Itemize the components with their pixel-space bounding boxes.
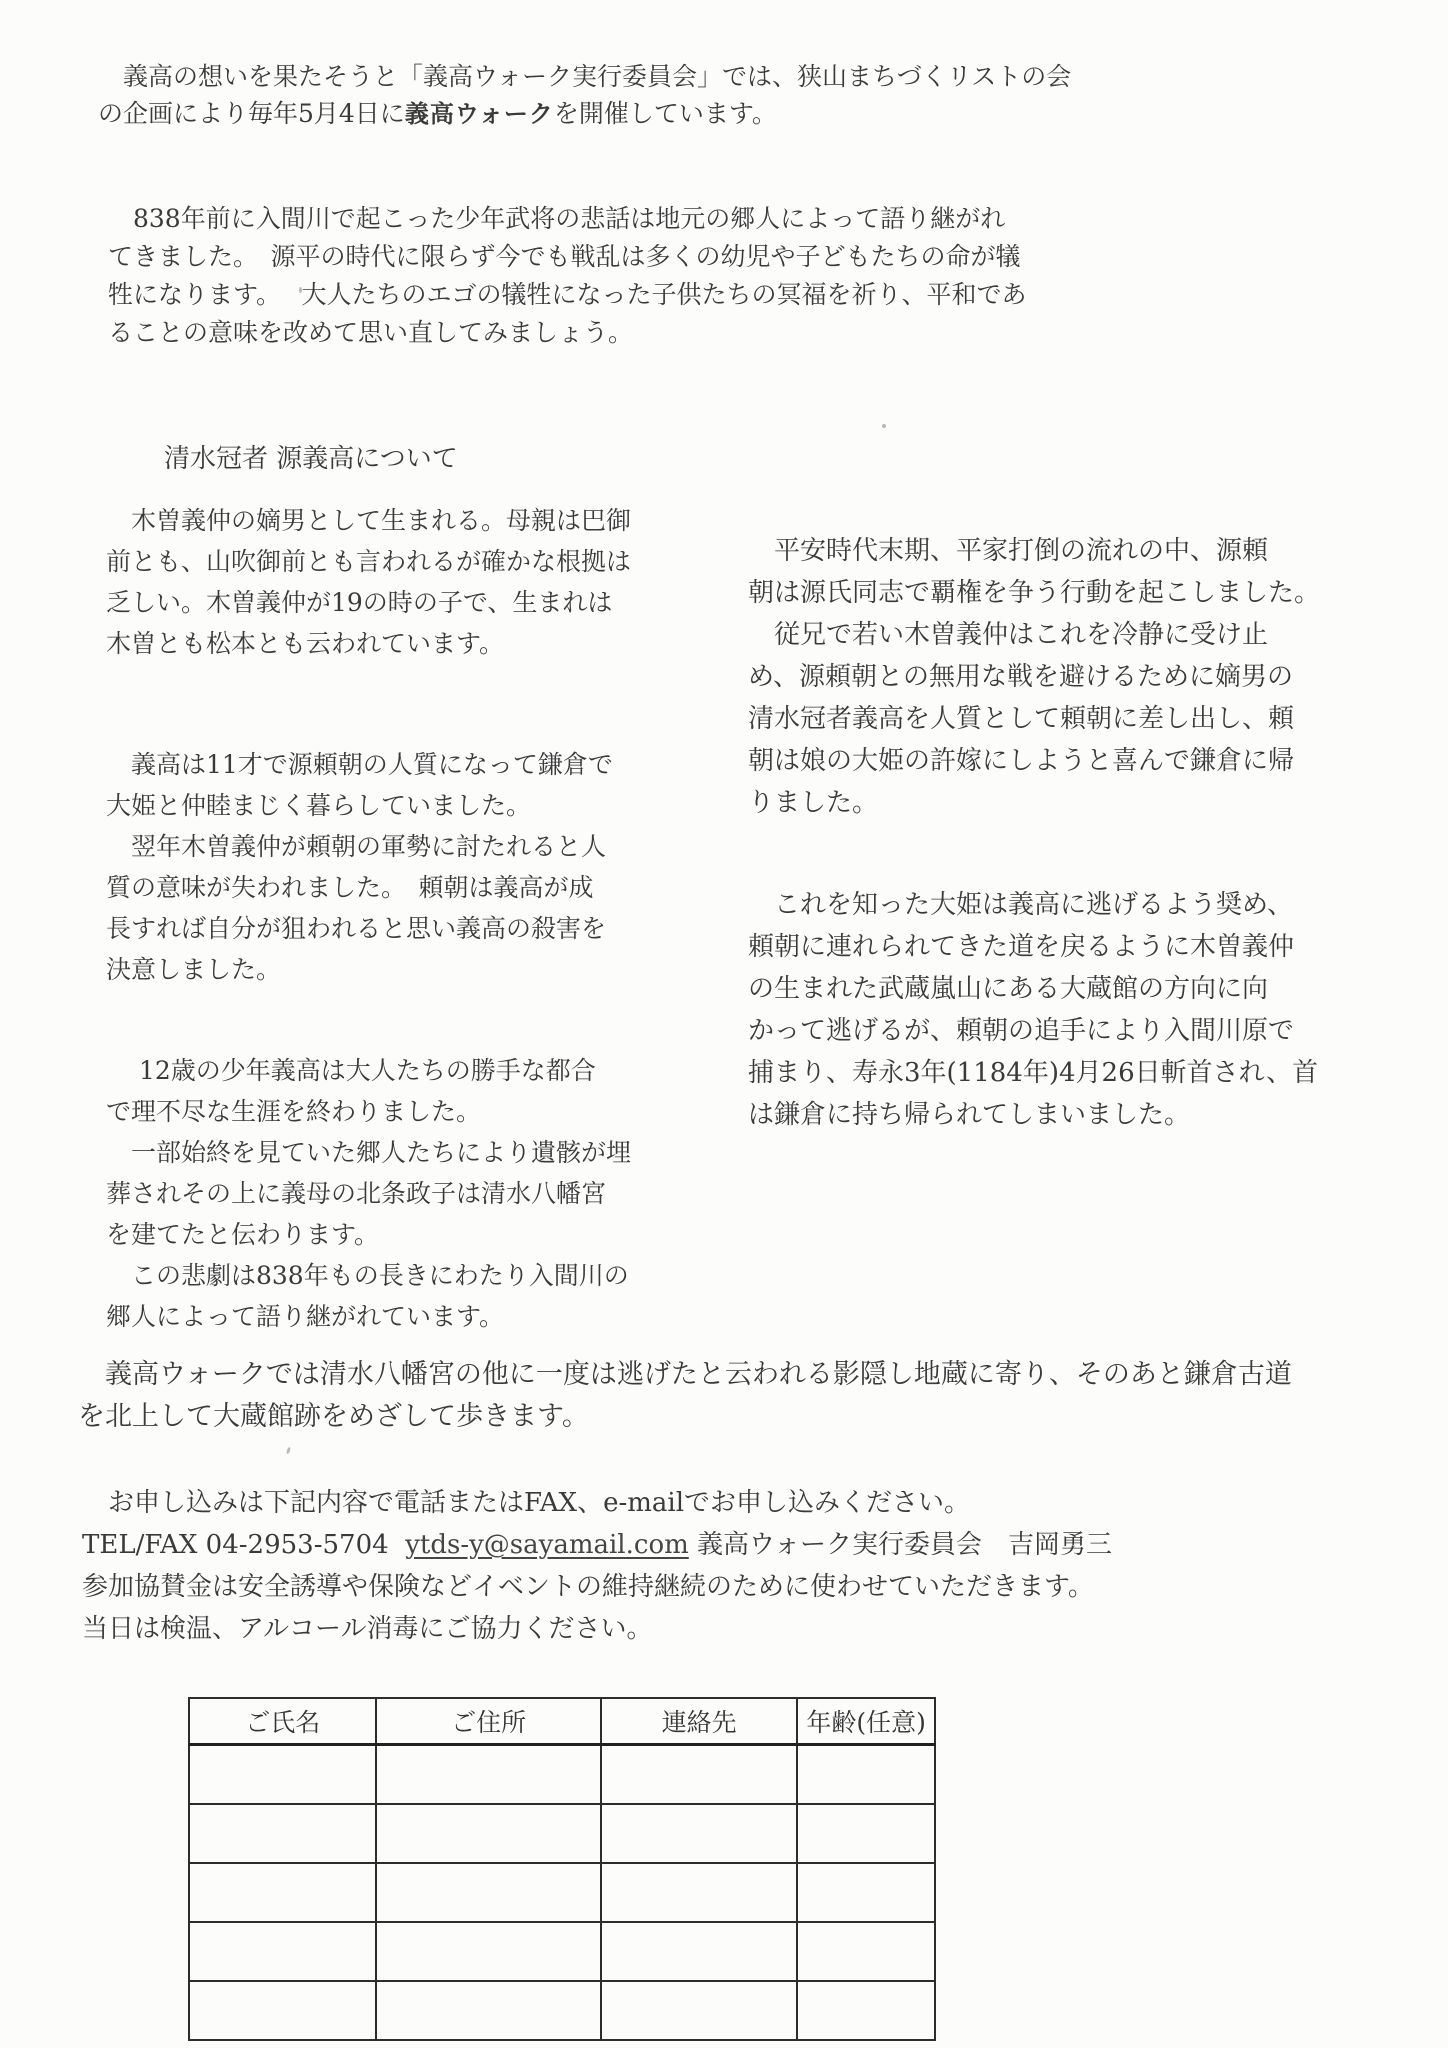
text-line: 12歳の少年義高は大人たちの勝手な都合 — [106, 1050, 681, 1091]
empty-form-cell — [189, 1863, 376, 1922]
empty-form-cell — [189, 1922, 376, 1981]
text-line: 乏しい。木曽義仲が19の時の子で、生まれは — [106, 582, 666, 623]
signup-form-grid: ご氏名 ご住所 連絡先 年齢(任意) — [188, 1697, 936, 2041]
section-heading: 清水冠者 源義高について — [164, 438, 458, 475]
text-line: ることの意味を改めて思い直してみましょう。 — [108, 314, 1068, 352]
text-line: 一部始終を見ていた郷人たちにより遺骸が埋 — [106, 1132, 681, 1173]
intro-paragraph: 義高の想いを果たそうと「義高ウォーク実行委員会」では、狭山まちづくリストの会 の… — [98, 58, 1058, 133]
text-line: め、源頼朝との無用な戦を避けるために嫡男の — [748, 656, 1368, 698]
table-row — [189, 1804, 935, 1863]
event-name-bold: 義高ウォーク — [405, 100, 554, 128]
text-line: 838年前に入間川で起こった少年武将の悲話は地元の郷人によって語り継がれ — [108, 200, 1068, 238]
empty-form-cell — [601, 1922, 797, 1981]
contact-detail-line: TEL/FAX 04-2953-5704 ytds-y@sayamail.com… — [82, 1524, 1262, 1566]
text-line: 質の意味が失われました。 頼朝は義高が成 — [106, 867, 666, 908]
intro-line2-post: を開催しています。 — [554, 99, 777, 128]
table-row — [189, 1981, 935, 2040]
text-line: で理不尽な生涯を終わりました。 — [106, 1091, 681, 1132]
text-line: 大姫と仲睦まじく暮らしていました。 — [106, 785, 666, 826]
text-line: を北上して大蔵館跡をめざして歩きます。 — [78, 1396, 1438, 1438]
text-line: の企画により毎年5月4日に義高ウォークを開催しています。 — [98, 95, 1058, 133]
left-column-paragraph-1: 木曽義仲の嫡男として生まれる。母親は巴御前とも、山吹御前とも言われるが確かな根拠… — [106, 500, 666, 664]
empty-form-cell — [189, 1981, 376, 2040]
table-row — [189, 1922, 935, 1981]
table-row — [189, 1745, 935, 1805]
left-column-paragraph-2: 義高は11才で源頼朝の人質になって鎌倉で大姫と仲睦まじく暮らしていました。 翌年… — [106, 744, 666, 990]
empty-form-cell — [189, 1745, 376, 1805]
text-line: 朝は源氏同志で覇権を争う行動を起こしました。 — [748, 572, 1368, 614]
scan-speck — [286, 1447, 291, 1455]
empty-form-cell — [601, 1863, 797, 1922]
signup-table: ご氏名 ご住所 連絡先 年齢(任意) — [188, 1697, 936, 2041]
empty-form-cell — [376, 1922, 600, 1981]
empty-form-cell — [797, 1863, 935, 1922]
empty-form-cell — [797, 1981, 935, 2040]
empty-form-cell — [797, 1922, 935, 1981]
text-line: 義高は11才で源頼朝の人質になって鎌倉で — [106, 744, 666, 785]
preface-paragraph: 838年前に入間川で起こった少年武将の悲話は地元の郷人によって語り継がれてきまし… — [108, 200, 1068, 352]
empty-form-cell — [797, 1745, 935, 1805]
text-line: 前とも、山吹御前とも言われるが確かな根拠は — [106, 541, 666, 582]
text-line: を建てたと伝わります。 — [106, 1214, 681, 1255]
text-line: 清水冠者義高を人質として頼朝に差し出し、頼 — [748, 698, 1368, 740]
text-line: 義高の想いを果たそうと「義高ウォーク実行委員会」では、狭山まちづくリストの会 — [98, 58, 1058, 95]
text-line: 決意しました。 — [106, 949, 666, 990]
text-line: この悲劇は838年もの長きにわたり入間川の — [106, 1255, 681, 1296]
text-line: 平安時代末期、平家打倒の流れの中、源頼 — [748, 530, 1368, 572]
walk-route-note: 義高ウォークでは清水八幡宮の他に一度は逃げたと云われる影隠し地蔵に寄り、そのあと… — [78, 1354, 1438, 1438]
empty-form-cell — [189, 1804, 376, 1863]
empty-form-cell — [376, 1804, 600, 1863]
text-line: かって逃げるが、頼朝の追手により入間川原で — [748, 1010, 1378, 1052]
organizer-name: 義高ウォーク実行委員会 吉岡勇三 — [689, 1530, 1112, 1560]
column-header-contact: 連絡先 — [601, 1698, 797, 1745]
empty-form-cell — [601, 1804, 797, 1863]
text-line: 木曽義仲の嫡男として生まれる。母親は巴御 — [106, 500, 666, 541]
column-header-name: ご氏名 — [189, 1698, 376, 1745]
column-header-address: ご住所 — [376, 1698, 600, 1745]
empty-form-cell — [601, 1745, 797, 1805]
text-line: 従兄で若い木曽義仲はこれを冷静に受け止 — [748, 614, 1368, 656]
text-line: 木曽とも松本とも云われています。 — [106, 623, 666, 664]
tel-fax-number: TEL/FAX 04-2953-5704 — [82, 1530, 405, 1560]
left-column-paragraph-3: 12歳の少年義高は大人たちの勝手な都合で理不尽な生涯を終わりました。 一部始終を… — [106, 1050, 681, 1337]
text-line: 郷人によって語り継がれています。 — [106, 1296, 681, 1337]
table-row — [189, 1863, 935, 1922]
empty-form-cell — [376, 1745, 600, 1805]
text-line: 牲になります。 大人たちのエゴの犠牲になった子供たちの冥福を祈り、平和であ — [108, 276, 1068, 314]
scanned-flyer-page: 義高の想いを果たそうと「義高ウォーク実行委員会」では、狭山まちづくリストの会 の… — [0, 0, 1448, 2048]
text-line: てきました。 源平の時代に限らず今でも戦乱は多くの幼児や子どもたちの命が犠 — [108, 238, 1068, 276]
empty-form-cell — [376, 1981, 600, 2040]
text-line: りました。 — [748, 782, 1368, 824]
column-header-age: 年齢(任意) — [797, 1698, 935, 1745]
scan-speck — [882, 424, 886, 428]
empty-form-cell — [797, 1804, 935, 1863]
table-header-row: ご氏名 ご住所 連絡先 年齢(任意) — [189, 1698, 935, 1745]
text-line: は鎌倉に持ち帰られてしまいました。 — [748, 1094, 1378, 1136]
empty-form-cell — [376, 1863, 600, 1922]
empty-form-cell — [601, 1981, 797, 2040]
text-line: の生まれた武蔵嵐山にある大蔵館の方向に向 — [748, 968, 1378, 1010]
text-line: 長すれば自分が狙われると思い義高の殺害を — [106, 908, 666, 949]
intro-line2-pre: の企画により毎年5月4日に — [98, 99, 405, 128]
text-line: これを知った大姫は義高に逃げるよう奨め、 — [748, 884, 1378, 926]
scan-speck — [299, 287, 302, 293]
contact-block: お申し込みは下記内容で電話またはFAX、e-mailでお申し込みください。 TE… — [82, 1482, 1262, 1650]
text-line: 翌年木曽義仲が頼朝の軍勢に討たれると人 — [106, 826, 666, 867]
text-line: 捕まり、寿永3年(1184年)4月26日斬首され、首 — [748, 1052, 1378, 1094]
right-column-paragraph-1: 平安時代末期、平家打倒の流れの中、源頼朝は源氏同志で覇権を争う行動を起こしました… — [748, 530, 1368, 824]
text-line: 葬されその上に義母の北条政子は清水八幡宮 — [106, 1173, 681, 1214]
fee-note: 参加協賛金は安全誘導や保険などイベントの維持継続のために使わせていただきます。 — [82, 1566, 1262, 1608]
email-link[interactable]: ytds-y@sayamail.com — [405, 1530, 689, 1560]
text-line: 頼朝に連れられてきた道を戻るように木曽義仲 — [748, 926, 1378, 968]
text-line: 義高ウォークでは清水八幡宮の他に一度は逃げたと云われる影隠し地蔵に寄り、そのあと… — [78, 1354, 1438, 1396]
covid-note: 当日は検温、アルコール消毒にご協力ください。 — [82, 1608, 1262, 1650]
text-line: 朝は娘の大姫の許嫁にしようと喜んで鎌倉に帰 — [748, 740, 1368, 782]
right-column-paragraph-2: これを知った大姫は義高に逃げるよう奨め、頼朝に連れられてきた道を戻るように木曽義… — [748, 884, 1378, 1136]
application-instruction: お申し込みは下記内容で電話またはFAX、e-mailでお申し込みください。 — [82, 1482, 1262, 1524]
